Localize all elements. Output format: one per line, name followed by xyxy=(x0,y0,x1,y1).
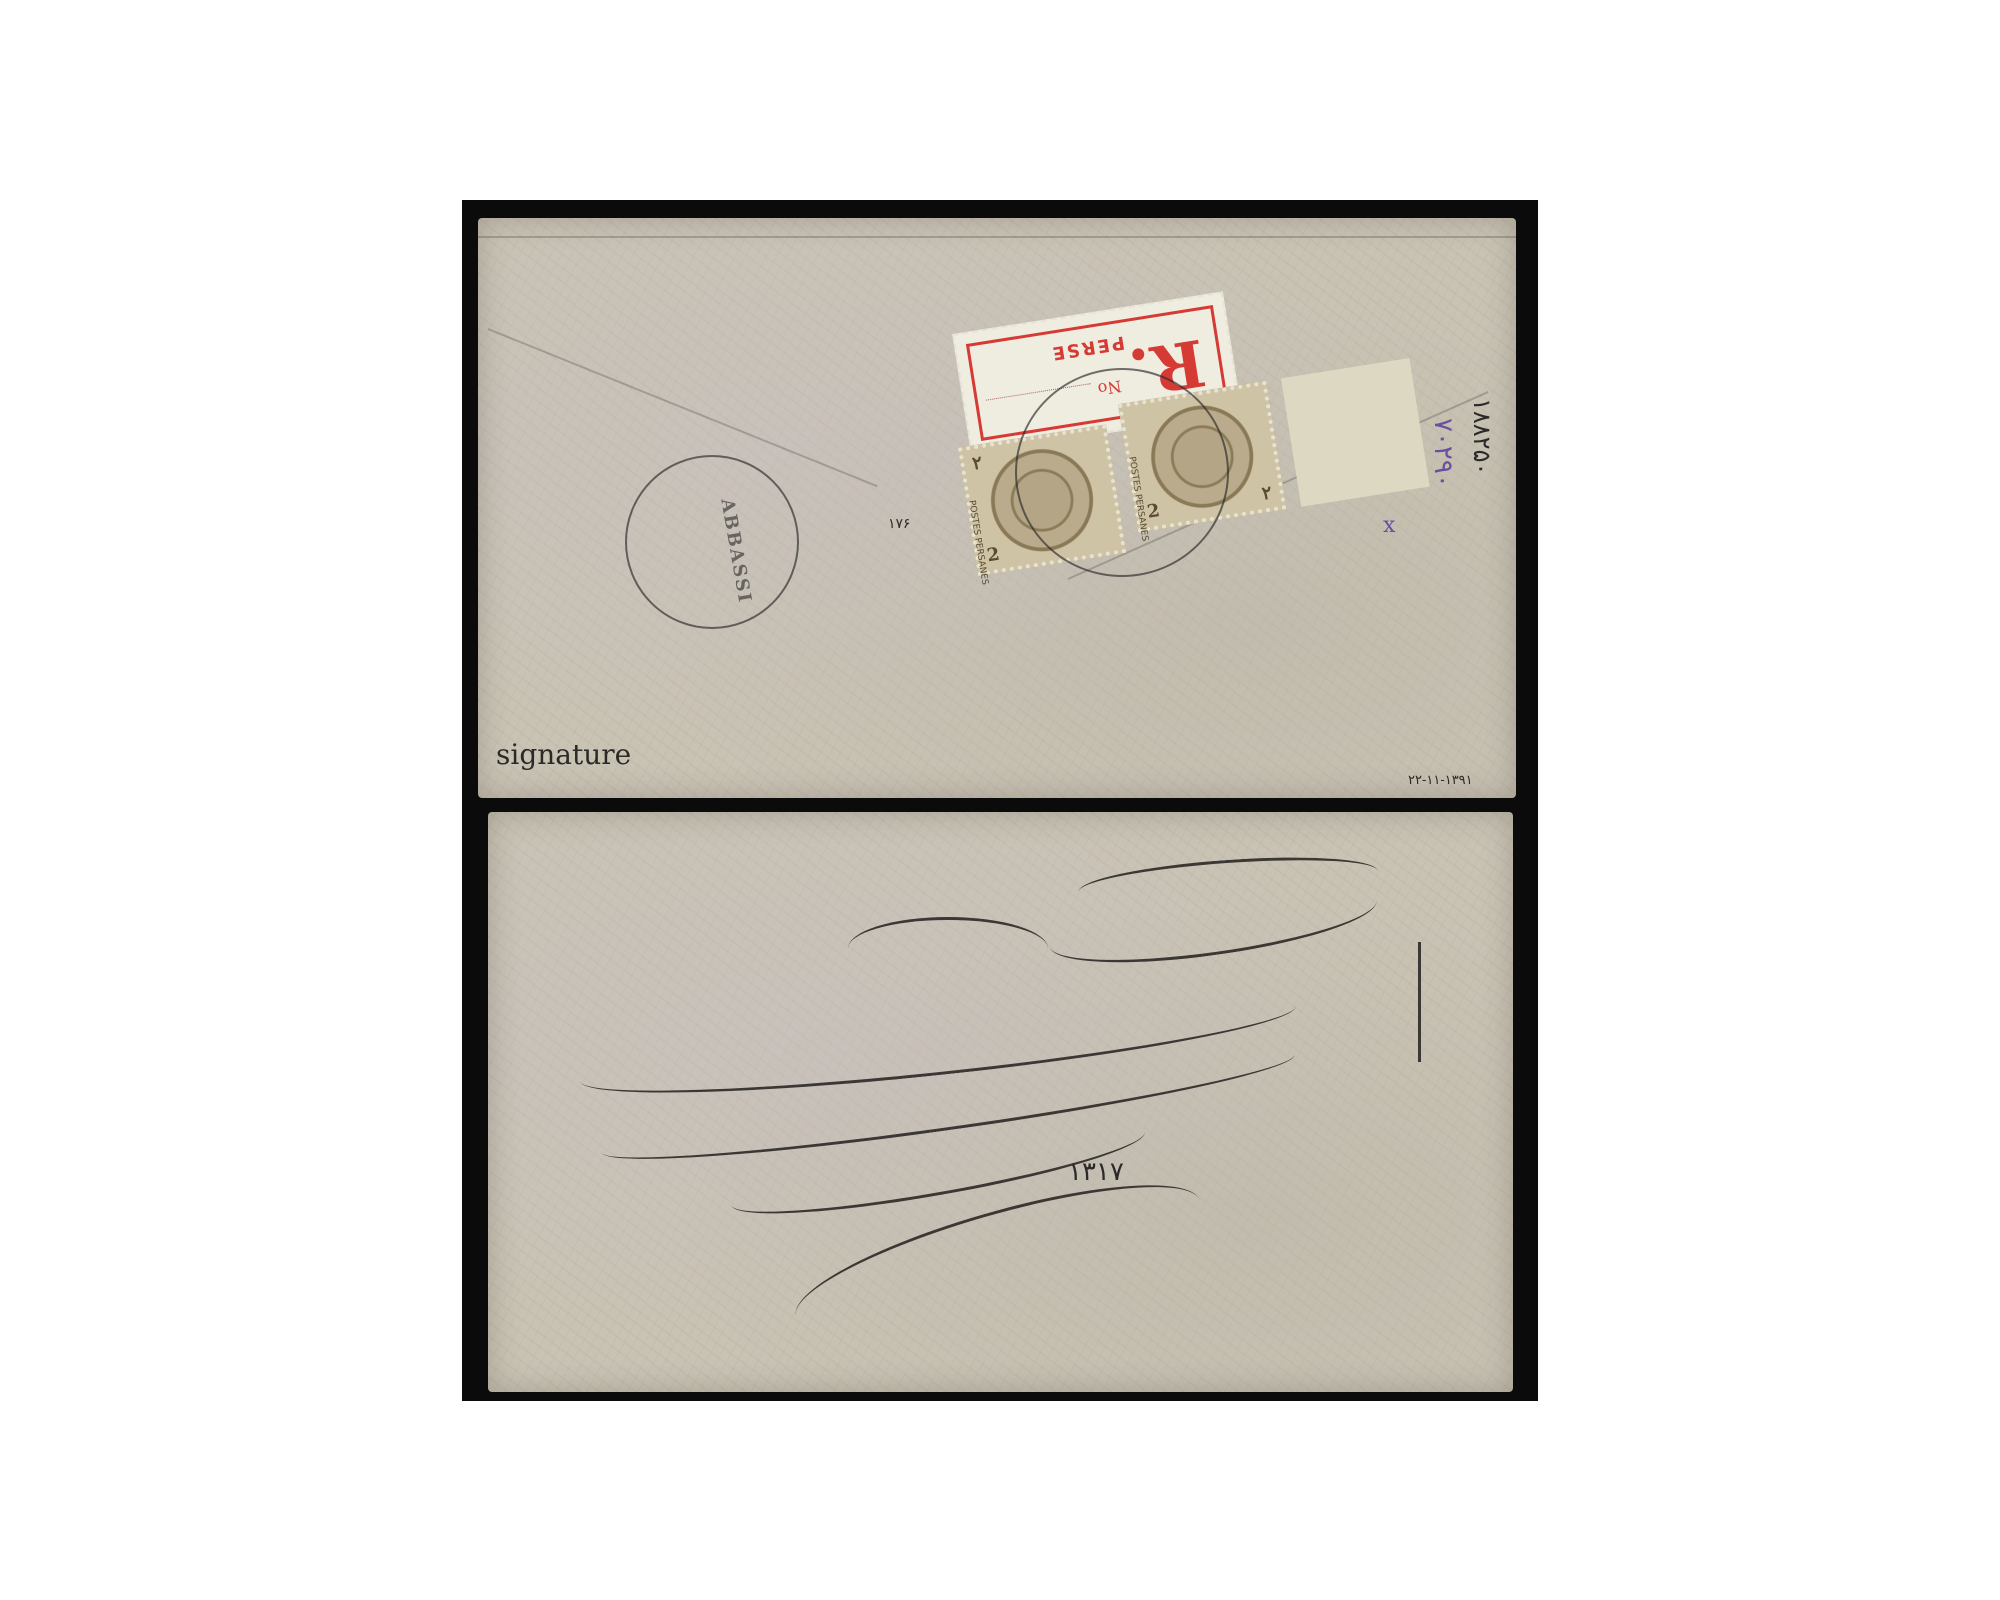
year-written: ۱۳۱۷ xyxy=(1068,1157,1124,1187)
envelope-front: ۱۳۱۷ xyxy=(488,812,1513,1392)
postmark-over-stamps xyxy=(1015,368,1229,577)
signature: signature xyxy=(496,738,631,771)
registration-country: PERSE xyxy=(1049,331,1126,363)
small-mark: ۱۷۶ xyxy=(888,516,911,532)
vertical-stroke xyxy=(1418,942,1425,1062)
black-handwriting: ۱۸۸۲۵۰ xyxy=(1468,398,1496,475)
pencil-note: ۲۲-۱۱-۱۳۹۱ xyxy=(1408,773,1473,788)
flap-crease xyxy=(478,236,1516,238)
stamp-selvage xyxy=(1281,358,1430,507)
postmark-text: ABBASSI xyxy=(716,497,755,605)
stamp-value: 2 xyxy=(985,544,1001,567)
purple-handwriting: ۷۰۲۹۰ xyxy=(1428,418,1458,488)
stamp-value-persian: ۲ xyxy=(971,452,984,474)
flourish-1 xyxy=(848,917,1048,980)
postmark-abbassi: ABBASSI xyxy=(625,455,799,629)
stamp-value-persian: ۲ xyxy=(1261,482,1274,504)
